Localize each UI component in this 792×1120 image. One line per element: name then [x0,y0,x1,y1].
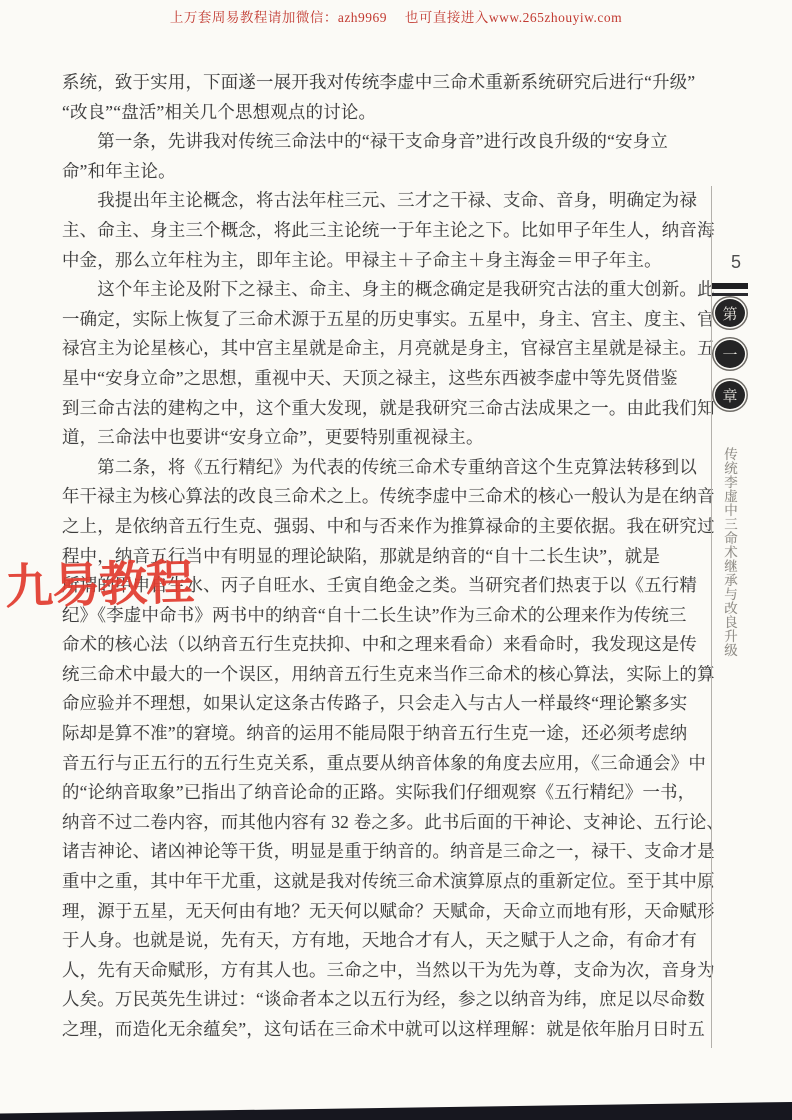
chapter-badge-column: 第一章 [714,299,746,409]
chapter-badge: 一 [715,340,745,368]
chapter-badge: 第 [715,299,745,327]
body-text-line: 诸吉神论、诸凶神论等干货，明显是重于纳音的。纳音是三命之一，禄干、支命才是 [62,837,707,867]
body-text-line: 道，三命法中也要讲“安身立命”，更要特别重视禄主。 [62,423,707,453]
chapter-title-vertical: 传统李虚中三命术继承与改良升级 [719,447,739,657]
body-text-line: 重中之重，其中年干尤重，这就是我对传统三命术演算原点的重新定位。至于其中原 [62,867,707,897]
body-text-line: 第二条，将《五行精纪》为代表的传统三命术专重纳音这个生克算法转移到以 [62,453,707,483]
body-text-line: 于人身。也就是说，先有天，方有地，天地合才有人，天之赋于人之命，有命才有 [62,926,707,956]
body-text-line: 中金，那么立年柱为主，即年主论。甲禄主＋子命主＋身主海金＝甲子年主。 [62,246,707,276]
body-text-line: 人，先有天命赋形，方有其人也。三命之中，当然以干为先为尊，支命为次，音身为 [62,956,707,986]
body-text-line: 主、命主、身主三个概念，将此三主论统一于年主论之下。比如甲子年生人，纳音海 [62,216,707,246]
body-text-line: 之理，而造化无余蕴矣”，这句话在三命术中就可以这样理解：就是依年胎月日时五 [62,1015,707,1045]
body-text-line: 我提出年主论概念，将古法年柱三元、三才之干禄、支命、音身，明确定为禄 [62,186,707,216]
chapter-rule-thick [712,283,748,289]
body-text-line: 年干禄主为核心算法的改良三命术之上。传统李虚中三命术的核心一般认为是在纳音 [62,482,707,512]
bottom-edge-bar [0,1102,792,1120]
body-text-line: 音五行与正五行的五行生克关系，重点要从纳音体象的角度去应用，《三命通会》中 [62,749,707,779]
body-text-line: 理，源于五星，无天何由有地？无天何以赋命？天赋命，天命立而地有形，天命赋形 [62,897,707,927]
body-text-line: 纳音不过二卷内容，而其他内容有 32 卷之多。此书后面的干神论、支神论、五行论、 [62,808,707,838]
sidebar-separator-line [711,186,712,1048]
body-text-line: 这个年主论及附下之禄主、命主、身主的概念确定是我研究古法的重大创新。此 [62,275,707,305]
body-text-line: 禄宫主为论星核心，其中宫主星就是命主，月亮就是身主，官禄宫主星就是禄主。五 [62,334,707,364]
body-text-line: 之上，是依纳音五行生克、强弱、中和与否来作为推算禄命的主要依据。我在研究过 [62,512,707,542]
body-text-line: 系统，致于实用，下面遂一展开我对传统李虚中三命术重新系统研究后进行“升级” [62,68,707,98]
body-text-line: 一确定，实际上恢复了三命术源于五星的历史事实。五星中，身主、宫主、度主、官 [62,305,707,335]
body-text-line: 命应验并不理想，如果认定这条古传路子，只会走入与古人一样最终“理论繁多实 [62,689,707,719]
page-root: { "header": { "promo_text": "上万套周易教程请加微信… [0,0,792,1120]
body-text-line: “改良”“盘活”相关几个思想观点的讨论。 [62,98,707,128]
body-text-line: 星中“安身立命”之思想，重视中天、天顶之禄主，这些东西被李虚中等先贤借鉴 [62,364,707,394]
body-text-line: 人矣。万民英先生讲过：“谈命者本之以五行为经，参之以纳音为纬，庶足以尽命数 [62,985,707,1015]
watermark-red-text: 九易教程 [4,544,194,618]
body-text-line: 统三命术中最大的一个误区，用纳音五行生克来当作三命术的核心算法，实际上的算 [62,660,707,690]
body-text-line: 际却是算不准”的窘境。纳音的运用不能局限于纳音五行生克一途，还必须考虑纳 [62,719,707,749]
chapter-rule-thin [712,293,748,296]
body-text-line: 命”和年主论。 [62,157,707,187]
page-number: 5 [716,252,756,273]
promo-header-text: 上万套周易教程请加微信：azh9969 也可直接进入www.265zhouyiw… [0,6,792,26]
chapter-badge: 章 [715,381,745,409]
body-text-line: 的“论纳音取象”已指出了纳音论命的正路。实际我们仔细观察《五行精纪》一书， [62,778,707,808]
body-text-line: 命术的核心法（以纳音五行生克扶抑、中和之理来看命）来看命时，我发现这是传 [62,630,707,660]
body-text-line: 到三命古法的建构之中，这个重大发现，就是我研究三命古法成果之一。由此我们知 [62,394,707,424]
body-text-line: 第一条，先讲我对传统三命法中的“禄干支命身音”进行改良升级的“安身立 [62,127,707,157]
